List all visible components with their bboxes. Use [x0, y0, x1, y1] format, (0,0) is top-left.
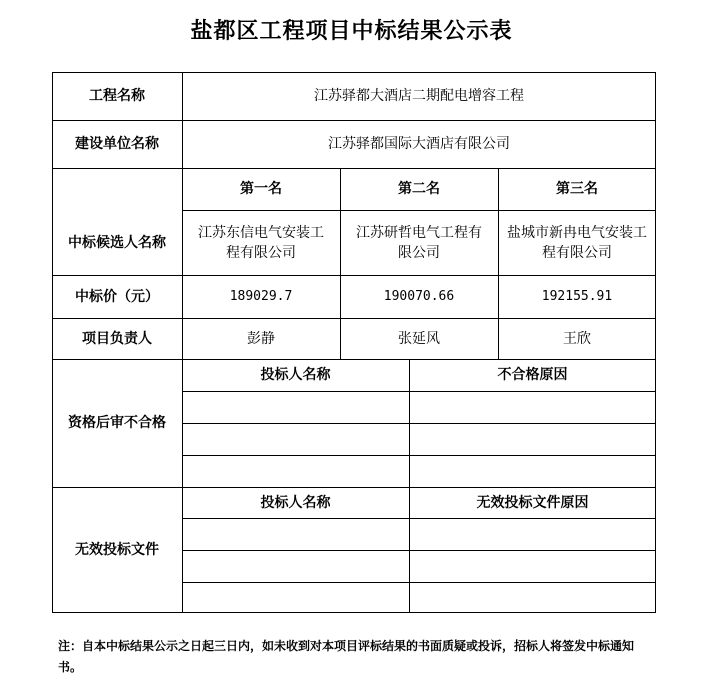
page-title: 盐都区工程项目中标结果公示表	[0, 14, 703, 45]
grid-line	[52, 72, 656, 73]
invalid-row-2-bidder	[182, 550, 409, 582]
grid-line	[52, 168, 656, 169]
grid-line	[52, 275, 656, 276]
grid-line	[52, 359, 656, 360]
manager-1: 彭静	[182, 318, 340, 359]
project-name-label: 工程名称	[52, 72, 182, 120]
invalid-row-1-reason	[409, 518, 656, 550]
disqualified-row-1-reason	[409, 391, 656, 423]
rank-header-2: 第二名	[340, 168, 498, 210]
grid-line	[52, 72, 53, 613]
invalid-col-reason: 无效投标文件原因	[409, 487, 656, 518]
grid-line	[52, 487, 656, 488]
candidate-label: 中标候选人名称	[52, 210, 182, 275]
project-name-value: 江苏驿都大酒店二期配电增容工程	[182, 72, 656, 120]
candidate-1: 江苏东信电气安装工程有限公司	[182, 210, 340, 275]
invalid-row-2-reason	[409, 550, 656, 582]
price-1: 189029.7	[182, 275, 340, 318]
owner-label: 建设单位名称	[52, 120, 182, 168]
grid-line	[52, 612, 656, 613]
invalid-row-1-bidder	[182, 518, 409, 550]
disqualified-row-3-bidder	[182, 455, 409, 487]
disqualified-row-3-reason	[409, 455, 656, 487]
grid-line	[655, 72, 656, 613]
disqualified-row-1-bidder	[182, 391, 409, 423]
manager-2: 张延风	[340, 318, 498, 359]
grid-line	[182, 550, 656, 551]
invalid-row-3-bidder	[182, 582, 409, 613]
manager-3: 王欣	[498, 318, 656, 359]
grid-line	[182, 455, 656, 456]
disqualified-row-2-reason	[409, 423, 656, 455]
disqualified-row-2-bidder	[182, 423, 409, 455]
price-2: 190070.66	[340, 275, 498, 318]
rank-header-3: 第三名	[498, 168, 656, 210]
disqualified-label: 资格后审不合格	[52, 359, 182, 487]
grid-line	[52, 318, 656, 319]
footnote: 注：自本中标结果公示之日起三日内，如未收到对本项目评标结果的书面质疑或投诉，招标…	[58, 636, 648, 678]
price-label: 中标价（元）	[52, 275, 182, 318]
grid-line	[182, 72, 183, 613]
grid-line	[498, 168, 499, 359]
invalid-col-bidder: 投标人名称	[182, 487, 409, 518]
grid-line	[409, 359, 410, 613]
grid-line	[340, 168, 341, 359]
grid-line	[182, 391, 656, 392]
rank-header-1: 第一名	[182, 168, 340, 210]
result-table: 工程名称 江苏驿都大酒店二期配电增容工程 建设单位名称 江苏驿都国际大酒店有限公…	[52, 72, 656, 613]
grid-line	[182, 582, 656, 583]
invalid-label: 无效投标文件	[52, 487, 182, 613]
grid-line	[182, 423, 656, 424]
candidate-3: 盐城市新冉电气安装工程有限公司	[498, 210, 656, 275]
grid-line	[182, 518, 656, 519]
invalid-row-3-reason	[409, 582, 656, 613]
owner-value: 江苏驿都国际大酒店有限公司	[182, 120, 656, 168]
candidate-2: 江苏研哲电气工程有限公司	[340, 210, 498, 275]
manager-label: 项目负责人	[52, 318, 182, 359]
grid-line	[52, 120, 656, 121]
disqualified-col-bidder: 投标人名称	[182, 359, 409, 391]
disqualified-col-reason: 不合格原因	[409, 359, 656, 391]
grid-line	[182, 210, 656, 211]
price-3: 192155.91	[498, 275, 656, 318]
